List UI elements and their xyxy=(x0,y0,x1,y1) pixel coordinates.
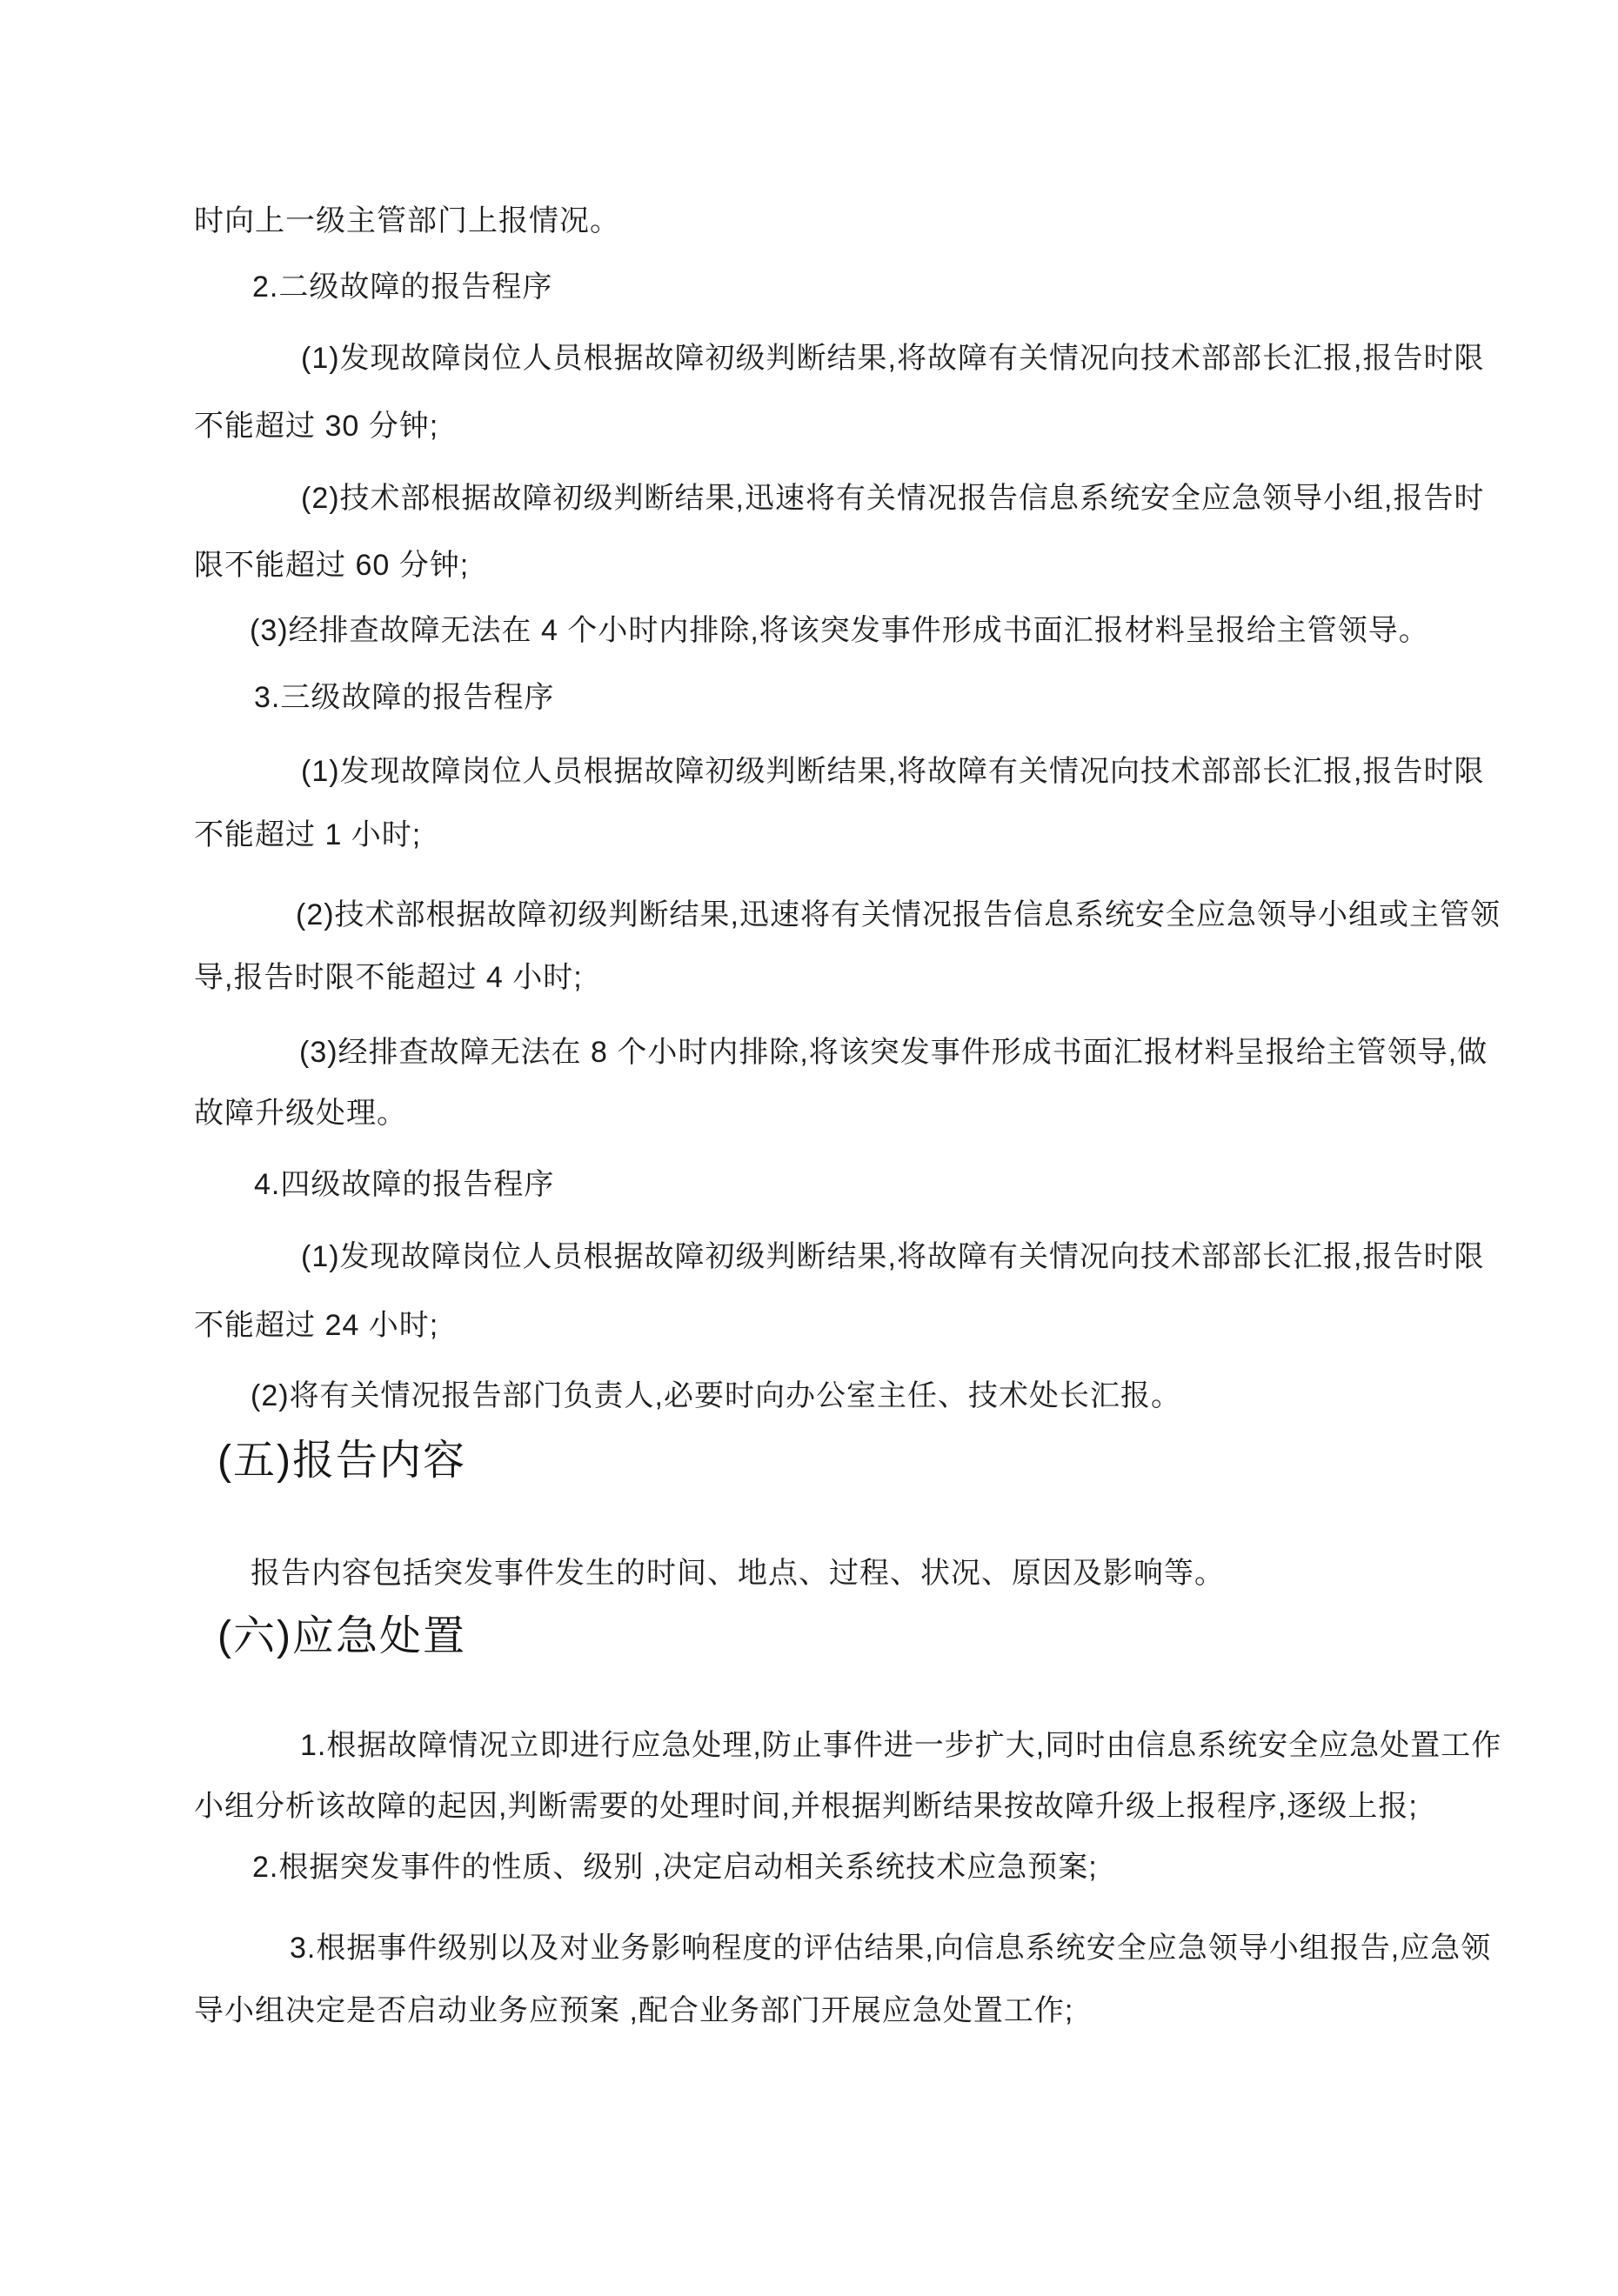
text-line: 3.三级故障的报告程序 xyxy=(254,679,554,716)
section-heading: (五)报告内容 xyxy=(217,1435,466,1487)
text-line: 不能超过 30 分钟; xyxy=(194,408,438,444)
text-line: (1)发现故障岗位人员根据故障初级判断结果,将故障有关情况向技术部部长汇报,报告… xyxy=(301,340,1424,377)
text-line: 不能超过 24 小时; xyxy=(194,1307,438,1344)
text-line: (2)技术部根据故障初级判断结果,迅速将有关情况报告信息系统安全应急领导小组或主… xyxy=(296,897,1424,933)
text-line: 导小组决定是否启动业务应预案 ,配合业务部门开展应急处置工作; xyxy=(194,1992,1073,2029)
text-line: 导,报告时限不能超过 4 小时; xyxy=(194,959,583,996)
document-page: 时向上一级主管部门上报情况。2.二级故障的报告程序(1)发现故障岗位人员根据故障… xyxy=(0,0,1618,2296)
text-line: (2)将有关情况报告部门负责人,必要时向办公室主任、技术处长汇报。 xyxy=(251,1378,1181,1414)
text-line: 2.根据突发事件的性质、级别 ,决定启动相关系统技术应急预案; xyxy=(252,1849,1098,1886)
text-line: (1)发现故障岗位人员根据故障初级判断结果,将故障有关情况向技术部部长汇报,报告… xyxy=(301,1238,1424,1275)
text-line: 报告内容包括突发事件发生的时间、地点、过程、状况、原因及影响等。 xyxy=(251,1555,1225,1592)
text-line: (3)经排查故障无法在 4 个小时内排除,将该突发事件形成书面汇报材料呈报给主管… xyxy=(250,612,1429,649)
text-line: 限不能超过 60 分钟; xyxy=(194,547,469,584)
text-line: 故障升级处理。 xyxy=(194,1095,407,1131)
text-line: 4.四级故障的报告程序 xyxy=(254,1166,554,1203)
section-heading: (六)应急处置 xyxy=(217,1611,466,1663)
text-line: 1.根据故障情况立即进行应急处理,防止事件进一步扩大,同时由信息系统安全应急处置… xyxy=(300,1727,1424,1764)
text-line: 时向上一级主管部门上报情况。 xyxy=(194,203,620,239)
text-line: 2.二级故障的报告程序 xyxy=(252,269,552,305)
text-line: 小组分析该故障的起因,判断需要的处理时间,并根据判断结果按故障升级上报程序,逐级… xyxy=(194,1788,1418,1825)
text-line: (1)发现故障岗位人员根据故障初级判断结果,将故障有关情况向技术部部长汇报,报告… xyxy=(301,753,1424,790)
text-line: 不能超过 1 小时; xyxy=(194,817,421,853)
text-line: (3)经排查故障无法在 8 个小时内排除,将该突发事件形成书面汇报材料呈报给主管… xyxy=(299,1034,1424,1071)
text-line: 3.根据事件级别以及对业务影响程度的评估结果,向信息系统安全应急领导小组报告,应… xyxy=(290,1930,1424,1966)
text-line: (2)技术部根据故障初级判断结果,迅速将有关情况报告信息系统安全应急领导小组,报… xyxy=(301,480,1424,517)
